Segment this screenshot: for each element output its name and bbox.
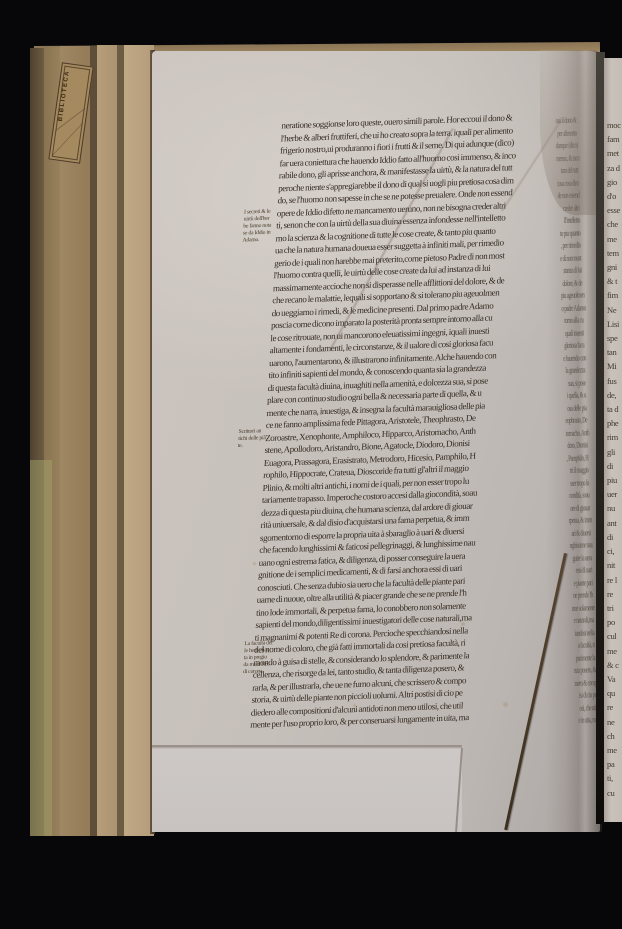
text-line-row: fam — [607, 132, 622, 146]
text-line-row: re — [607, 587, 622, 601]
text-line-row: nu — [607, 501, 622, 515]
binding-board — [60, 46, 90, 836]
margin-note-2: Scrittori an tichi delle piã te. — [238, 428, 281, 450]
text-line-row: di — [607, 530, 622, 544]
text-line-row: ti, — [607, 771, 622, 785]
text-line-row: po — [607, 615, 622, 629]
text-line-row: re — [607, 700, 622, 714]
text-line-row: me — [607, 232, 622, 246]
text-line-row: piu — [607, 473, 622, 487]
binding-shadow-line-2 — [117, 45, 124, 836]
text-line-row: spe — [607, 331, 622, 345]
text-line-row: fus — [607, 374, 622, 388]
margin-note-3: La facultà del le herbe hau ta in pregio… — [243, 640, 287, 676]
text-line-row: cu — [607, 786, 622, 800]
text-line-row: esse — [607, 203, 622, 217]
text-line-row: tri — [607, 601, 622, 615]
text-line-row: phe — [607, 416, 622, 430]
text-line-row: ci, — [607, 544, 622, 558]
text-line-row: gni — [607, 260, 622, 274]
text-line-row: de, — [607, 388, 622, 402]
text-line-row: cul — [607, 629, 622, 643]
text-line-row: ch — [607, 729, 622, 743]
text-line-row: rim — [607, 430, 622, 444]
text-line-row: tan — [607, 345, 622, 359]
text-line-row: pa — [607, 757, 622, 771]
endpaper-edge-1 — [97, 45, 117, 836]
text-line-row: met — [607, 146, 622, 160]
text-line-row: ant — [607, 516, 622, 530]
text-line-row: Ne — [607, 303, 622, 317]
facing-page-text: mocfammetza dgiod'oessechemetemgni& tfim… — [604, 58, 622, 800]
text-line-row: gio — [607, 175, 622, 189]
text-line-row: tem — [607, 246, 622, 260]
text-line-row: re l — [607, 573, 622, 587]
text-line-row: moc — [607, 118, 622, 132]
text-line-row: Va — [607, 672, 622, 686]
text-line-row: qu — [607, 686, 622, 700]
text-line-row: Lisi — [607, 317, 622, 331]
text-line-row: me — [607, 644, 622, 658]
binding-shadow-line-1 — [90, 46, 97, 836]
text-line-row: uer — [607, 487, 622, 501]
binding-green-tint — [30, 460, 52, 836]
text-line-row: & t — [607, 274, 622, 288]
text-line-row: & c — [607, 658, 622, 672]
text-line-row: gli — [607, 445, 622, 459]
text-line-row: Mi — [607, 359, 622, 373]
text-line-row: za d — [607, 161, 622, 175]
photo-of-open-book: BIBLIOTECA I secreti & le uirtù dell'her… — [0, 0, 622, 929]
facing-page-edge: mocfammetza dgiod'oessechemetemgni& tfim… — [604, 58, 622, 822]
text-line-row: ta d — [607, 402, 622, 416]
text-line-row: di — [607, 459, 622, 473]
text-line-row: nit — [607, 558, 622, 572]
text-line-row: ne — [607, 715, 622, 729]
margin-note-1: I secreti & le uirtù dell'her be fanno n… — [242, 208, 286, 244]
text-line-row: fim — [607, 288, 622, 302]
under-sheet-edge — [152, 745, 462, 832]
printed-text-block: I secreti & le uirtù dell'her be fanno n… — [207, 106, 586, 747]
text-lines: neratione soggionse loro queste, ouero s… — [208, 106, 586, 733]
text-line-row: d'o — [607, 189, 622, 203]
text-line-row: me — [607, 743, 622, 757]
text-line-row: che — [607, 217, 622, 231]
